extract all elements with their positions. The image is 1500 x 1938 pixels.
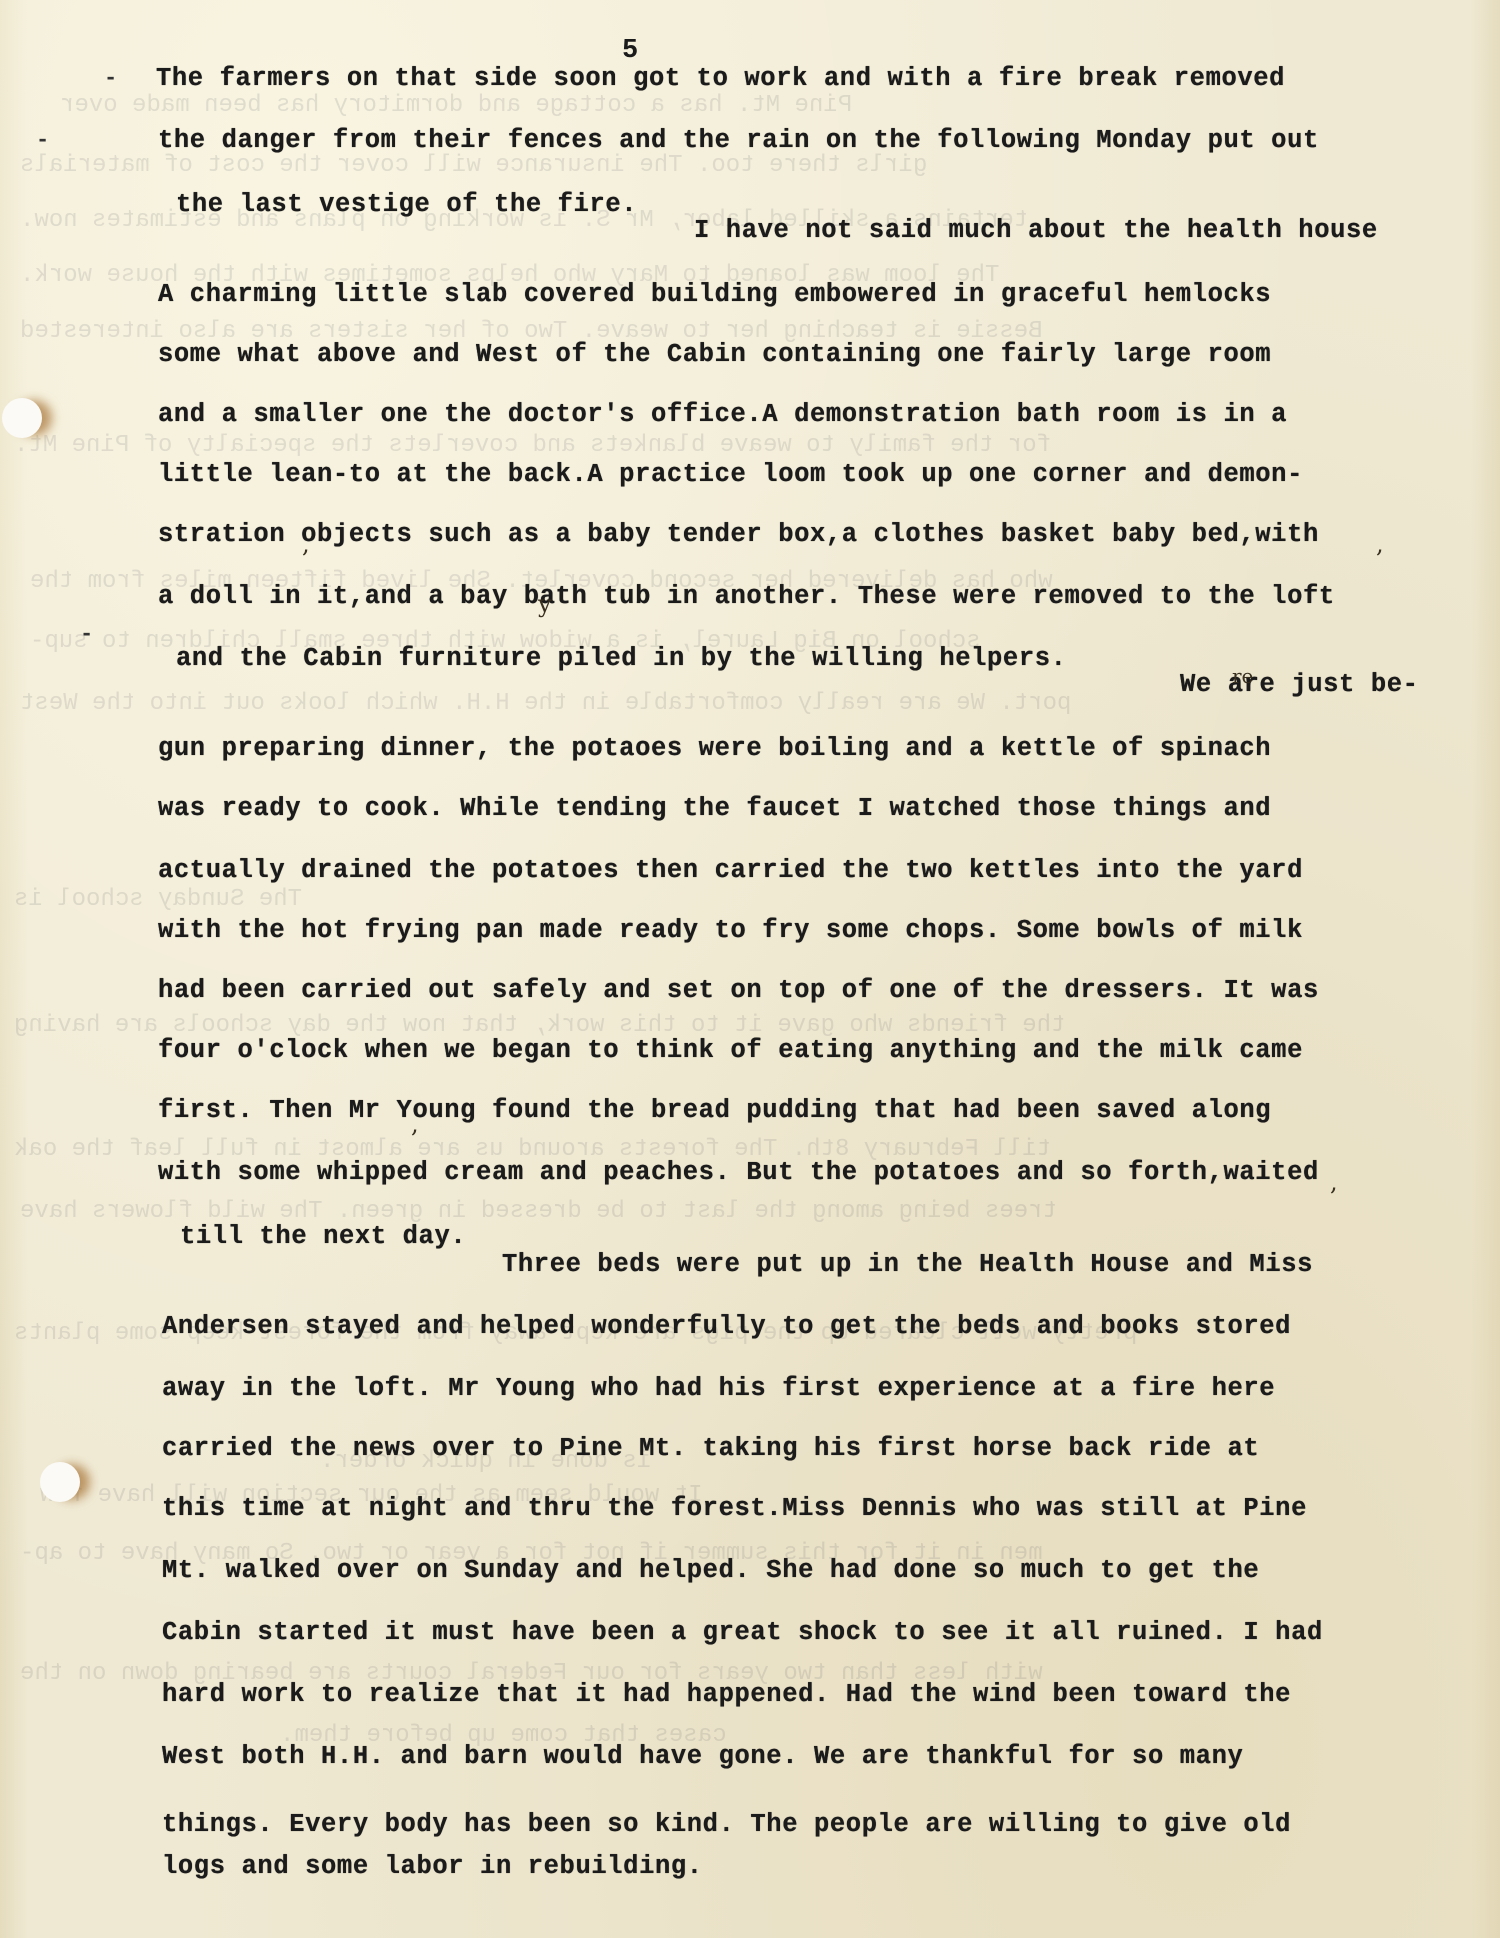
handwritten-comma: ,: [1330, 1168, 1338, 1196]
text-line: Andersen stayed and helped wonderfully t…: [162, 1312, 1291, 1341]
text-line: this time at night and thru the forest.M…: [162, 1494, 1307, 1523]
handwritten-comma: ,: [302, 530, 310, 558]
text-line: away in the loft. Mr Young who had his f…: [162, 1374, 1275, 1403]
text-line: I have not said much about the health ho…: [694, 216, 1378, 245]
text-line: actually drained the potatoes then carri…: [158, 856, 1303, 885]
bleedthrough-text: for the family to weave blankets and cov…: [14, 432, 1051, 459]
text-line: West both H.H. and barn would have gone.…: [162, 1742, 1243, 1771]
bleedthrough-text: the friends who gave it to this work, th…: [14, 1012, 1065, 1039]
text-line: had been carried out safely and set on t…: [158, 976, 1319, 1005]
document-page: Pine Mt. has a cottage and dormitory has…: [0, 0, 1500, 1938]
handwritten-insert: re: [1232, 664, 1253, 688]
text-line: hard work to realize that it had happene…: [162, 1680, 1291, 1709]
text-line: the last vestige of the fire.: [176, 190, 637, 219]
text-line: first. Then Mr Young found the bread pud…: [158, 1096, 1271, 1125]
text-line: Cabin started it must have been a great …: [162, 1618, 1323, 1647]
punch-hole: [40, 1462, 80, 1502]
page-number: 5: [622, 36, 638, 66]
text-line: stration objects such as a baby tender b…: [158, 520, 1319, 549]
bleedthrough-text: port. We are really comfortable in the H…: [20, 690, 1071, 717]
bleedthrough-text: trees being among the last to be dressed…: [20, 1198, 1057, 1225]
handwritten-insert: y: [538, 590, 552, 618]
punch-hole: [2, 398, 42, 438]
text-line: gun preparing dinner, the potaoes were b…: [158, 734, 1271, 763]
text-line: was ready to cook. While tending the fau…: [158, 794, 1271, 823]
text-line: A charming little slab covered building …: [158, 280, 1271, 309]
text-line: Mt. walked over on Sunday and helped. Sh…: [162, 1556, 1259, 1585]
text-line: carried the news over to Pine Mt. taking…: [162, 1434, 1259, 1463]
handwritten-comma: ,: [1376, 530, 1384, 558]
text-line: Three beds were put up in the Health Hou…: [502, 1250, 1313, 1279]
text-line: and a smaller one the doctor's office.A …: [158, 400, 1287, 429]
text-line: The farmers on that side soon got to wor…: [156, 64, 1285, 93]
text-line: some what above and West of the Cabin co…: [158, 340, 1271, 369]
handwritten-comma: ,: [411, 1110, 419, 1138]
text-line: and the Cabin furniture piled in by the …: [176, 644, 1067, 673]
text-line: logs and some labor in rebuilding.: [162, 1852, 703, 1881]
text-line: till the next day.: [180, 1222, 466, 1251]
text-line: We are just be-: [1180, 670, 1419, 699]
bleedthrough-text: Pine Mt. has a cottage and dormitory has…: [60, 92, 852, 119]
text-line: things. Every body has been so kind. The…: [162, 1810, 1291, 1839]
margin-dash: -: [104, 66, 117, 91]
text-line: with the hot frying pan made ready to fr…: [158, 916, 1303, 945]
bleedthrough-text: The Sunday school is: [14, 886, 302, 913]
text-line: the danger from their fences and the rai…: [158, 126, 1319, 155]
bleedthrough-text: girls there too. The insurance will cove…: [20, 152, 927, 179]
margin-dash: -: [36, 128, 49, 153]
text-line: a doll in it,and a bay bath tub in anoth…: [158, 582, 1335, 611]
margin-dash: -: [80, 622, 93, 647]
text-line: with some whipped cream and peaches. But…: [158, 1158, 1319, 1187]
text-line: four o'clock when we began to think of e…: [158, 1036, 1303, 1065]
text-line: little lean-to at the back.A practice lo…: [158, 460, 1303, 489]
